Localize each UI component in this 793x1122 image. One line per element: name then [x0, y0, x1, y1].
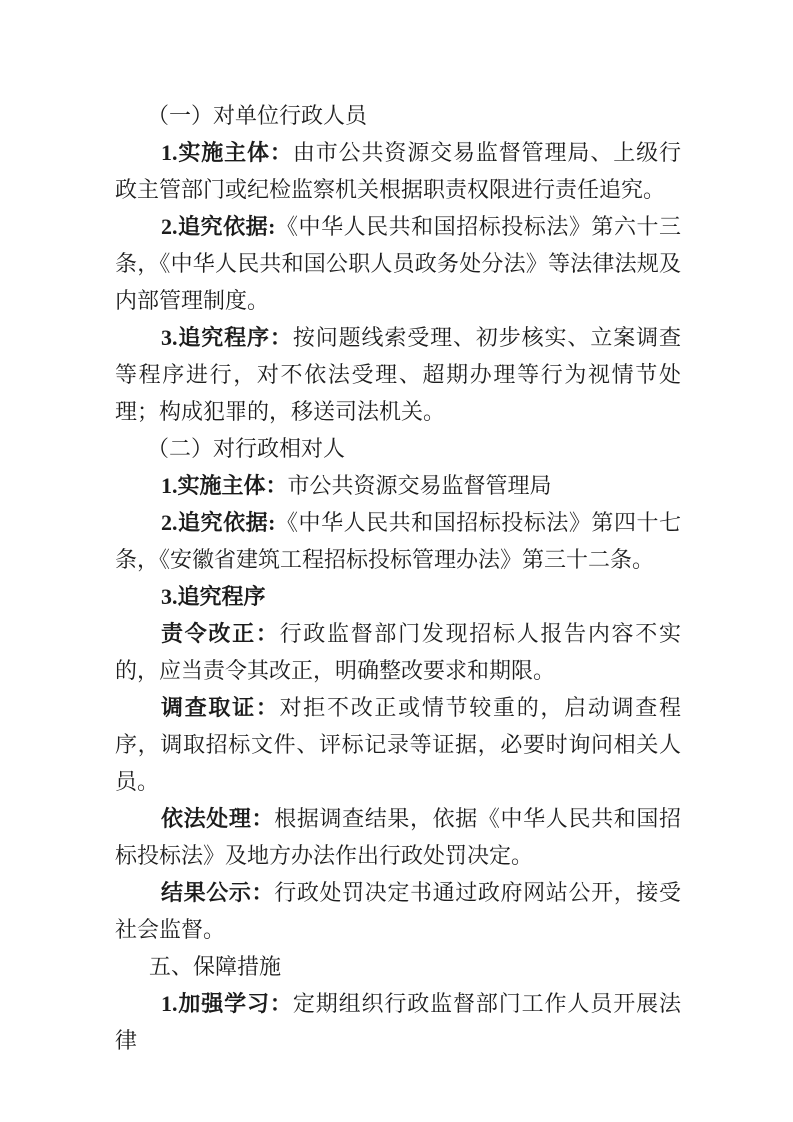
- paragraph-label: 3.追究程序: [161, 584, 266, 609]
- paragraph-order-correction: 责令改正：行政监督部门发现招标人报告内容不实的，应当责令其改正，明确整改要求和期…: [115, 615, 681, 689]
- paragraph-investigation-evidence: 调查取证：对拒不改正或情节较重的，启动调查程序，调取招标文件、评标记录等证据，必…: [115, 689, 681, 800]
- section-heading-administrative-counterpart: （二）对行政相对人: [115, 430, 681, 467]
- paragraph-label: 1.实施主体：: [161, 473, 288, 498]
- paragraph-implementing-body-1: 1.实施主体：由市公共资源交易监督管理局、上级行政主管部门或纪检监察机关根据职责…: [115, 134, 681, 208]
- paragraph-label: 1.加强学习：: [161, 991, 293, 1016]
- paragraph-lawful-handling: 依法处理：根据调查结果，依据《中华人民共和国招标投标法》及地方办法作出行政处罚决…: [115, 800, 681, 874]
- section-heading-safeguard-measures: 五、保障措施: [115, 948, 681, 985]
- paragraph-text: 市公共资源交易监督管理局: [288, 473, 552, 498]
- paragraph-accountability-procedure-1: 3.追究程序：按问题线索受理、初步核实、立案调查等程序进行，对不依法受理、超期办…: [115, 319, 681, 430]
- paragraph-label: 责令改正：: [161, 621, 280, 646]
- paragraph-accountability-basis-2: 2.追究依据:《中华人民共和国招标投标法》第四十七条，《安徽省建筑工程招标投标管…: [115, 504, 681, 578]
- paragraph-accountability-basis-1: 2.追究依据:《中华人民共和国招标投标法》第六十三条，《中华人民共和国公职人员政…: [115, 208, 681, 319]
- paragraph-label: 1.实施主体：: [161, 140, 293, 165]
- paragraph-implementing-body-2: 1.实施主体：市公共资源交易监督管理局: [115, 467, 681, 504]
- paragraph-label: 3.追究程序：: [161, 325, 293, 350]
- paragraph-label: 2.追究依据:: [161, 214, 275, 239]
- section-heading-unit-admin-staff: （一）对单位行政人员: [115, 97, 681, 134]
- paragraph-label: 2.追究依据:: [161, 510, 275, 535]
- paragraph-label: 依法处理：: [161, 806, 274, 831]
- paragraph-strengthen-learning: 1.加强学习：定期组织行政监督部门工作人员开展法律: [115, 985, 681, 1059]
- paragraph-result-publication: 结果公示：行政处罚决定书通过政府网站公开，接受社会监督。: [115, 874, 681, 948]
- document-body: （一）对单位行政人员 1.实施主体：由市公共资源交易监督管理局、上级行政主管部门…: [115, 97, 681, 1059]
- paragraph-label: 调查取证：: [161, 695, 280, 720]
- paragraph-label: 结果公示：: [161, 880, 274, 905]
- document-page: （一）对单位行政人员 1.实施主体：由市公共资源交易监督管理局、上级行政主管部门…: [0, 0, 793, 1122]
- paragraph-accountability-procedure-2: 3.追究程序: [115, 578, 681, 615]
